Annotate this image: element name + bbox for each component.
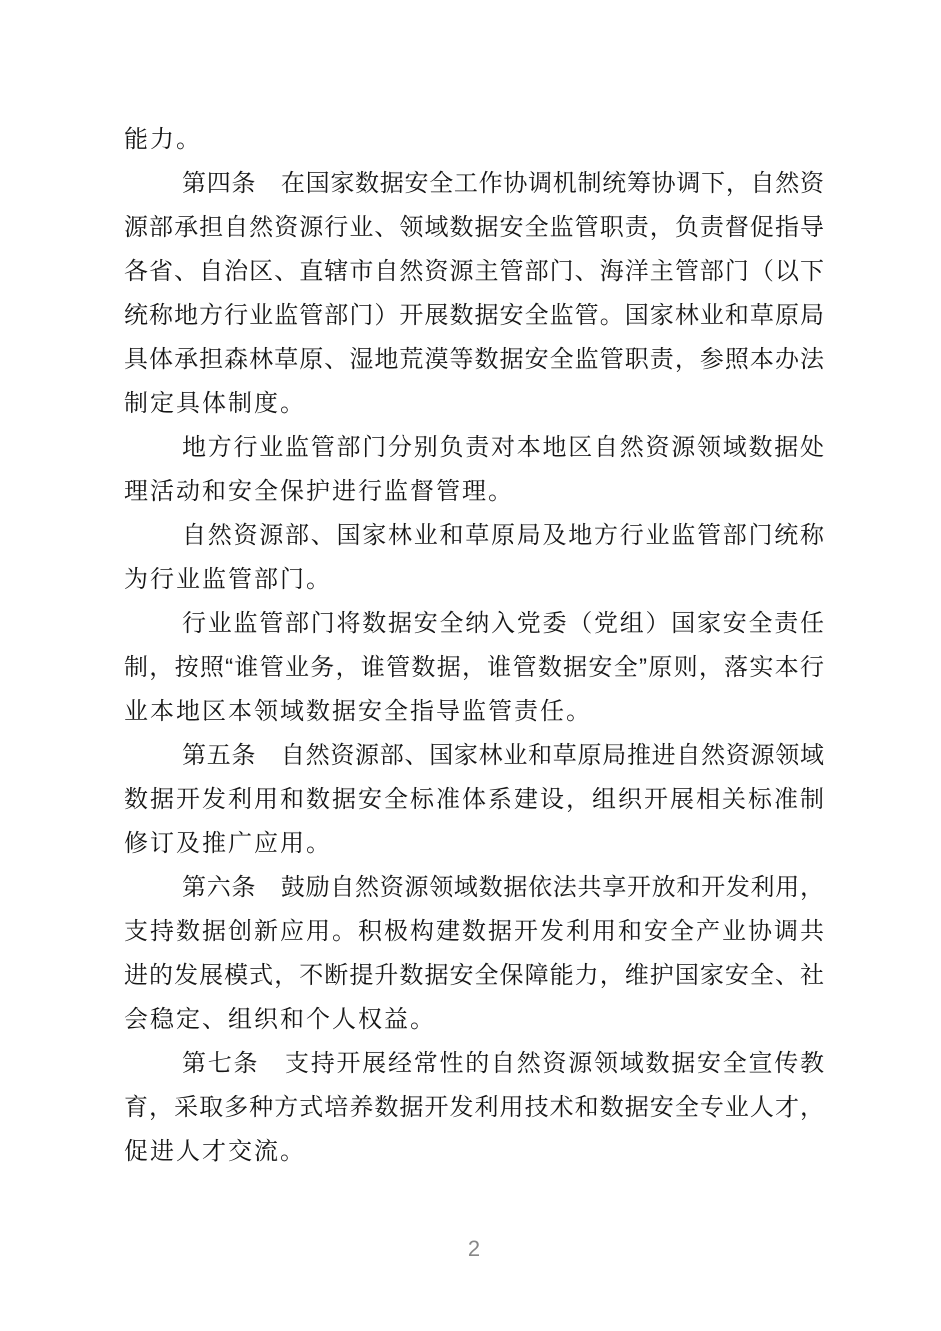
text-line: 能力。 xyxy=(124,118,824,162)
text-line: 数据开发利用和数据安全标准体系建设，组织开展相关标准制 xyxy=(124,778,824,822)
text-line: 理活动和安全保护进行监督管理。 xyxy=(124,470,824,514)
text-line: 修订及推广应用。 xyxy=(124,822,824,866)
text-line: 各省、自治区、直辖市自然资源主管部门、海洋主管部门（以下 xyxy=(124,250,824,294)
text-line: 育，采取多种方式培养数据开发利用技术和数据安全专业人才， xyxy=(124,1086,824,1130)
text-line: 具体承担森林草原、湿地荒漠等数据安全监管职责，参照本办法 xyxy=(124,338,824,382)
text-line: 为行业监管部门。 xyxy=(124,558,824,602)
text-line: 第四条 在国家数据安全工作协调机制统筹协调下，自然资 xyxy=(124,162,824,206)
page-number: 2 xyxy=(124,1236,824,1262)
text-line: 会稳定、组织和个人权益。 xyxy=(124,998,824,1042)
text-line: 源部承担自然资源行业、领域数据安全监管职责，负责督促指导 xyxy=(124,206,824,250)
text-line: 制定具体制度。 xyxy=(124,382,824,426)
text-line: 业本地区本领域数据安全指导监管责任。 xyxy=(124,690,824,734)
text-line: 支持数据创新应用。积极构建数据开发利用和安全产业协调共 xyxy=(124,910,824,954)
text-line: 统称地方行业监管部门）开展数据安全监管。国家林业和草原局 xyxy=(124,294,824,338)
text-line: 进的发展模式，不断提升数据安全保障能力，维护国家安全、社 xyxy=(124,954,824,998)
text-line: 促进人才交流。 xyxy=(124,1130,824,1174)
text-line: 行业监管部门将数据安全纳入党委（党组）国家安全责任 xyxy=(124,602,824,646)
text-line: 自然资源部、国家林业和草原局及地方行业监管部门统称 xyxy=(124,514,824,558)
text-line: 第五条 自然资源部、国家林业和草原局推进自然资源领域 xyxy=(124,734,824,778)
text-line: 制，按照“谁管业务，谁管数据，谁管数据安全”原则，落实本行 xyxy=(124,646,824,690)
text-line: 第七条 支持开展经常性的自然资源领域数据安全宣传教 xyxy=(124,1042,824,1086)
document-body: 能力。 第四条 在国家数据安全工作协调机制统筹协调下，自然资 源部承担自然资源行… xyxy=(124,118,824,1174)
document-page: 能力。 第四条 在国家数据安全工作协调机制统筹协调下，自然资 源部承担自然资源行… xyxy=(0,0,941,1331)
text-line: 第六条 鼓励自然资源领域数据依法共享开放和开发利用， xyxy=(124,866,824,910)
text-line: 地方行业监管部门分别负责对本地区自然资源领域数据处 xyxy=(124,426,824,470)
